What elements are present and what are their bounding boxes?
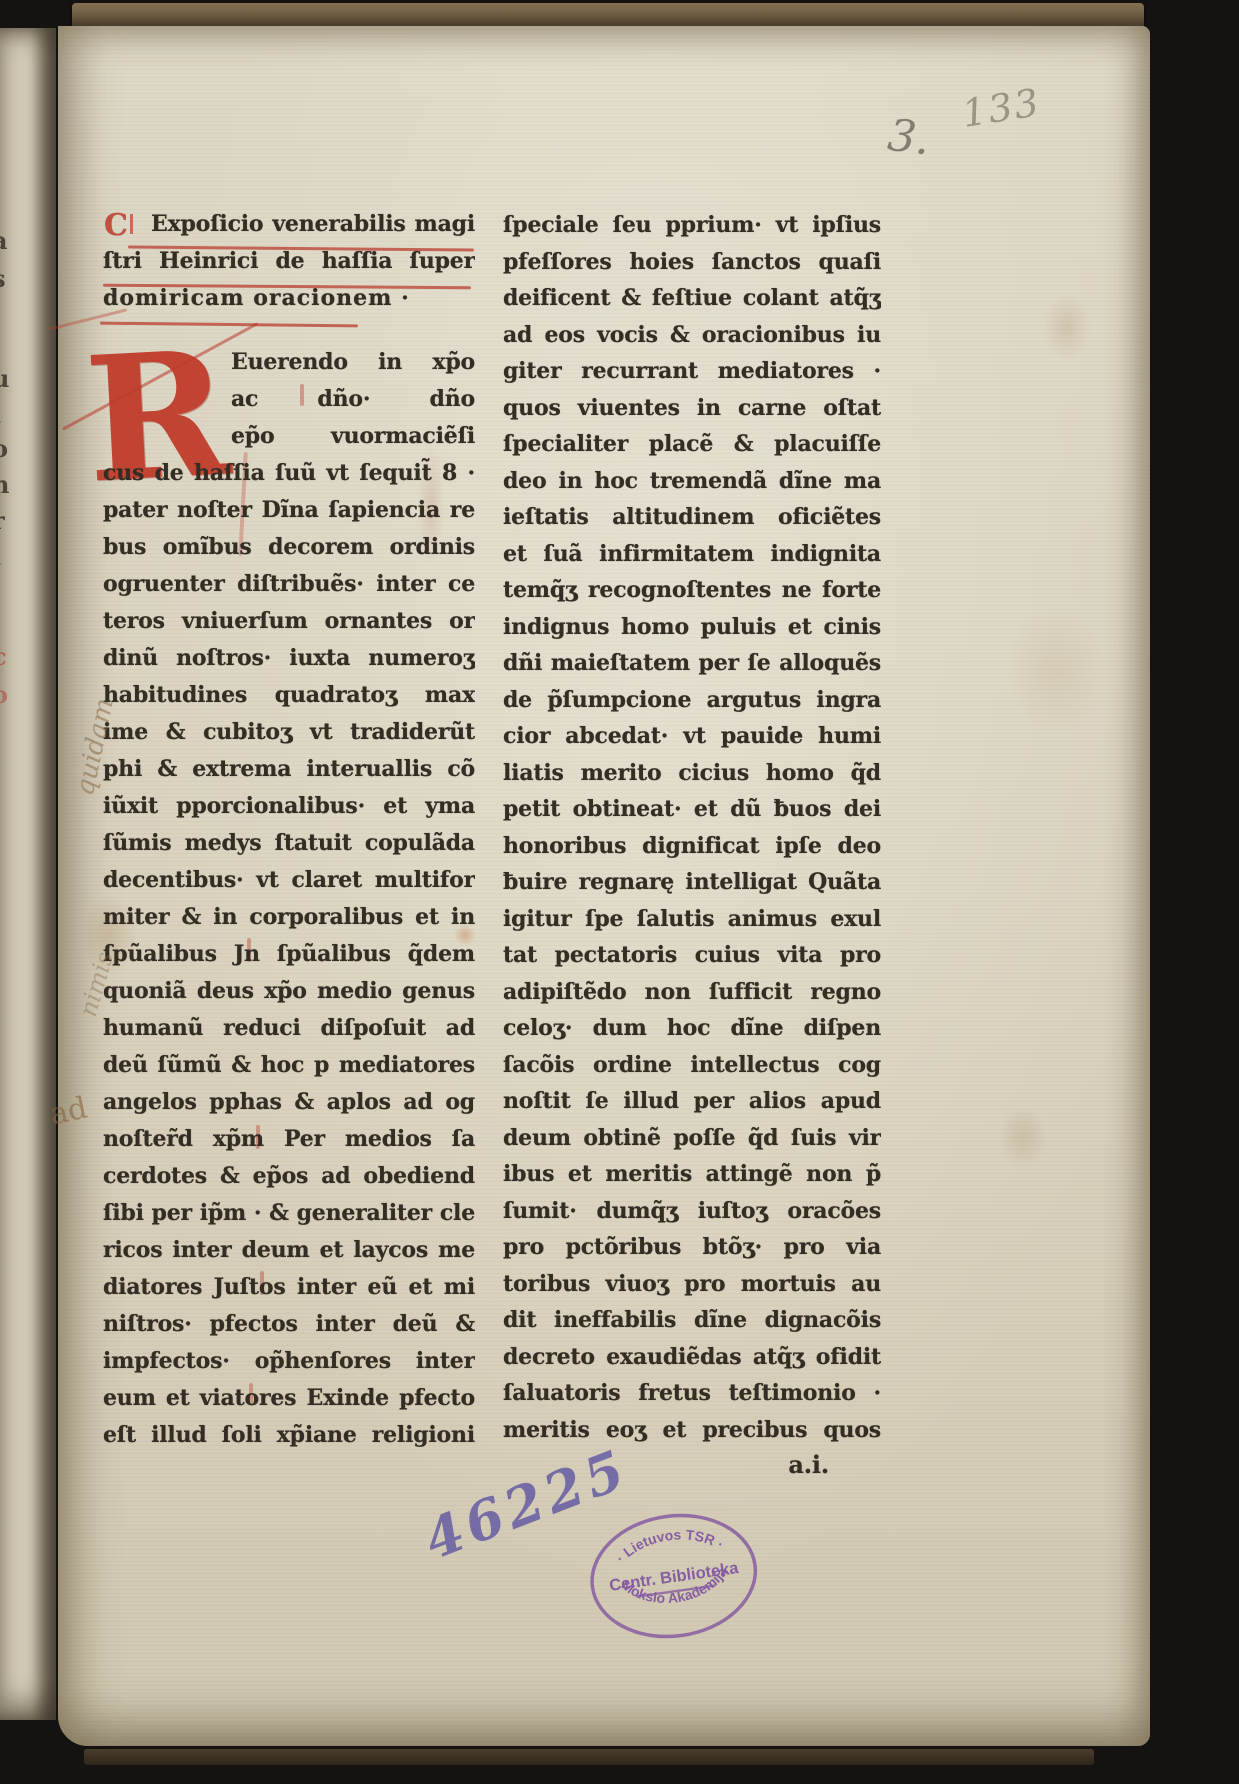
text-line: ad eos vocis & oracionibus iu — [503, 317, 881, 354]
text-line: ſibi per ip̃m · & generaliter cle — [103, 1195, 475, 1232]
text-line: cerdotes & ep̃os ad obediend — [103, 1158, 475, 1195]
text-line: quos viuentes in carne oſtat — [503, 390, 881, 427]
heading-line: Expoſicio venerabilis magi — [103, 206, 475, 243]
text-line: ſũmis medys ſtatuit copulãda — [103, 825, 475, 862]
text-line: ſpũalibus Jn ſpũalibus q̃dem — [103, 936, 475, 973]
text-line: ime & cubitoʒ vt tradiderũt — [103, 714, 475, 751]
text-line: ac dño· dño Echardo — [103, 381, 475, 418]
text-line: temq̃ʒ recognoſtentes ne forte — [503, 572, 881, 609]
text-line: deificent & feſtiue colant atq̃ʒ — [503, 280, 881, 317]
text-line: ƀuire regnarę intelligat Quãta — [503, 864, 881, 901]
text-line: honoribus dignificat ipſe deo — [503, 828, 881, 865]
stamp-top-text: · Lietuvos TSR · — [610, 1519, 729, 1567]
text-line: dit ineffabilis dĩne dignacõis — [503, 1302, 881, 1339]
paper-stain — [998, 1106, 1048, 1168]
text-line: ep̃o vuormaciẽſi Hẽri — [103, 418, 475, 455]
text-line: angelos pphas & aplos ad og — [103, 1084, 475, 1121]
text-line: decreto exaudiẽdas atq̃ʒ ofidit — [503, 1339, 881, 1376]
text-line: ſpeciale ſeu pprium· vt ipſius — [503, 207, 881, 244]
svg-text:· Lietuvos TSR ·: · Lietuvos TSR · — [610, 1519, 729, 1567]
column1-heading: Expoſicio venerabilis magiſtri Heinrici … — [103, 206, 475, 317]
text-line: deo in hoc tremendã dĩne ma — [503, 463, 881, 500]
text-line: et ſuã infirmitatem indignita — [503, 536, 881, 573]
text-line: niſtros· pfectos inter deũ & — [103, 1306, 475, 1343]
letter-fragment: r — [0, 506, 5, 535]
text-line: toribus viuoʒ pro mortuis au — [503, 1266, 881, 1303]
stamp-oval: · Lietuvos TSR · Centr. Biblioteka Moksl… — [572, 1490, 775, 1666]
text-line: ſumit· dumq̃ʒ iuſtoʒ oracões — [503, 1193, 881, 1230]
text-line: ſacõis ordine intellectus cog — [503, 1047, 881, 1084]
text-line: ricos inter deum et laycos me — [103, 1232, 475, 1269]
letter-fragment: c — [0, 642, 7, 671]
letter-fragment: i — [0, 400, 1, 429]
text-line: ogruenter diſtribuẽs· inter ce — [103, 566, 475, 603]
library-stamp: · Lietuvos TSR · Centr. Biblioteka Moksl… — [572, 1490, 775, 1666]
letter-fragment: o — [0, 434, 8, 463]
text-line: eum et viatores Exinde pfecto — [103, 1380, 475, 1417]
text-line: adipiſtẽdo non ſufficit regno — [503, 974, 881, 1011]
text-line: pro pctõribus btõʒ· pro via — [503, 1229, 881, 1266]
text-line: diatores Juſtos inter eũ et mi — [103, 1269, 475, 1306]
heading-line: domiricam oracionem · — [103, 280, 475, 317]
text-line: Euerendo in xp̃o patri — [103, 344, 475, 381]
text-line: petit obtineat· et dũ ƀuos dei — [503, 791, 881, 828]
text-line: eſt illud ſoli xp̃iane religioni — [103, 1417, 475, 1454]
column1-text: Euerendo in xp̃o patriac dño· dño Echard… — [103, 344, 475, 1454]
text-line: ibus et meritis attingẽ non p̃ — [503, 1156, 881, 1193]
text-line: iũxit pporcionalibus· et yma — [103, 788, 475, 825]
letter-fragment: i — [0, 542, 1, 571]
text-line: pater noſter Dĩna ſapiencia re — [103, 492, 475, 529]
text-line: cior abcedat· vt pauide humi — [503, 718, 881, 755]
text-line: teros vniuerſum ornantes or — [103, 603, 475, 640]
letter-fragment: a — [0, 226, 8, 255]
letter-fragment: s — [0, 264, 6, 293]
text-line: cus de haſſia ſuũ vt ſequit̃ 8 · — [103, 455, 475, 492]
text-line: celoʒ· dum hoc dĩne diſpen — [503, 1010, 881, 1047]
text-line: dinũ noſtros· iuxta numeroʒ — [103, 640, 475, 677]
text-line: habitudines quadratoʒ max — [103, 677, 475, 714]
text-line: ieſtatis altitudinem oficiẽtes — [503, 499, 881, 536]
letter-fragment: u — [0, 364, 9, 393]
text-line: meritis eoʒ et precibus quos — [503, 1412, 881, 1449]
text-line: bus omĩbus decorem ordinis — [103, 529, 475, 566]
text-line: liatis merito cicius homo q̃d — [503, 755, 881, 792]
text-line: decentibus· vt claret multifor — [103, 862, 475, 899]
text-line: deũ ſũmũ & hoc p mediatores — [103, 1047, 475, 1084]
text-line: indignus homo puluis et cinis — [503, 609, 881, 646]
letter-fragment: o — [0, 680, 8, 709]
paper-stain — [1006, 606, 1106, 736]
text-line: de p̃ſumpcione argutus ingra — [503, 682, 881, 719]
text-line: noſter̃d xp̃m Per medios ſa — [103, 1121, 475, 1158]
heading-line: ſtri Heinrici de haſſia ſuper — [103, 243, 475, 280]
scanned-book-photograph: { "page_numbers": { "pencil_leaf_number"… — [0, 0, 1239, 1784]
text-line: humanũ reduci diſpoſuit ad — [103, 1010, 475, 1047]
pencil-leaf-number: 3. — [885, 110, 933, 166]
letter-fragment: n — [0, 470, 9, 499]
text-line: ſpecialiter placẽ & placuiſſe — [503, 426, 881, 463]
text-line: deum obtinẽ poſſe q̃d ſuis vir — [503, 1120, 881, 1157]
text-line: impfectos· op̃henſores inter — [103, 1343, 475, 1380]
text-line: giter recurrant mediatores · — [503, 353, 881, 390]
text-line: phi & extrema interuallis cõ — [103, 751, 475, 788]
column2-text: ſpeciale ſeu pprium· vt ipſiuspfeſſores … — [503, 207, 881, 1448]
text-line: quoniã deus xp̃o medio genus — [103, 973, 475, 1010]
text-line: miter & in corporalibus et in — [103, 899, 475, 936]
facing-page-edge: asuionrico — [0, 28, 56, 1720]
text-line: pfeſſores hoies ſanctos quaſi — [503, 244, 881, 281]
text-line: dñi maieſtatem per ſe alloquẽs — [503, 645, 881, 682]
text-line: noſtit ſe illud per alios apud — [503, 1083, 881, 1120]
paper-stain — [1043, 294, 1091, 360]
text-line: igitur ſpe ſalutis animus exul — [503, 901, 881, 938]
text-line: ſaluatoris fretus teſtimonio · — [503, 1375, 881, 1412]
book-edge-bottom — [84, 1749, 1094, 1765]
text-line: tat pectatoris cuius vita pro — [503, 937, 881, 974]
